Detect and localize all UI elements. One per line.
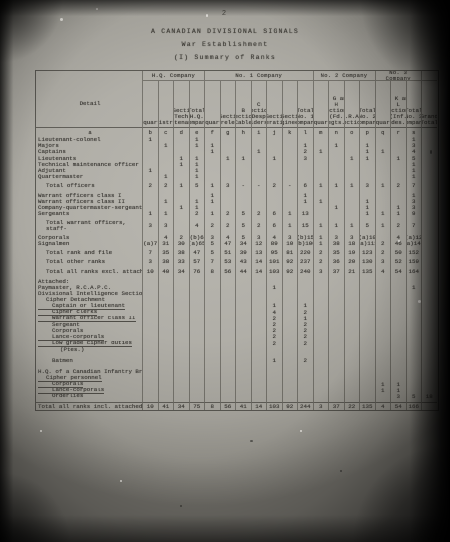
column-header-label: B Section (Cable) (235, 108, 251, 126)
noise-speck (340, 470, 342, 472)
value-cell: 2 (204, 220, 220, 232)
column-header: Total No. 2 Company (359, 81, 375, 127)
column-header: Headquarters (142, 81, 158, 127)
column-header-label: J, K and L Sections (Inf. Bdes.) (390, 96, 406, 126)
column-header-label: M Section (Tech. Maintenance) (173, 108, 189, 126)
column-header-label: A Section (Wireless) (220, 114, 236, 126)
column-letter: l (297, 127, 313, 137)
value-cell: 166 (406, 402, 422, 410)
scanned-document-page: 2 A CANADIAN DIVISIONAL SIGNALS War Esta… (0, 0, 450, 542)
value-cell: 103 (266, 402, 282, 410)
value-cell: 15 (297, 220, 313, 232)
value-cell: 244 (297, 402, 313, 410)
value-cell: 54 (390, 402, 406, 410)
value-cell: 41 (235, 402, 251, 410)
value-cell: 6 (266, 220, 282, 232)
column-header-label: Headquarters (142, 120, 158, 126)
value-cell (421, 402, 437, 410)
value-cell: 41 (158, 402, 174, 410)
detail-header: Detail (36, 81, 142, 127)
noise-speck (120, 480, 122, 482)
column-header: J, K and L Sections (Inf. Bdes.) (390, 81, 406, 127)
column-letter-row: abcdefghijklmnopqrs (36, 127, 438, 137)
value-cell: 22 (344, 402, 360, 410)
column-group-row: H.Q. CompanyNo. 1 CompanyNo. 2 CompanyNo… (36, 71, 438, 81)
column-letter: r (390, 127, 406, 137)
column-header: Headquarters (313, 81, 329, 127)
column-header-label: Total No. 1 Company (297, 108, 313, 126)
column-header-label: Total No. 3 Company (406, 108, 422, 126)
value-cell: 135 (359, 402, 375, 410)
value-cell: 5 (359, 220, 375, 232)
value-cell: 4 (375, 402, 391, 410)
column-header-label: Total No. 2 Company (359, 108, 375, 126)
value-cell: 7 (406, 220, 422, 232)
column-letter: b (142, 127, 158, 137)
value-cell: 56 (220, 402, 236, 410)
column-header-label: Grand Total (421, 114, 437, 126)
value-cell (173, 220, 189, 232)
column-header: C.R.A. Section (344, 81, 360, 127)
column-letter: q (375, 127, 391, 137)
document-subtitle: War Establishment (0, 41, 450, 48)
value-cell: 1 (375, 220, 391, 232)
row-label: Total all ranks incl. attached (38, 404, 142, 410)
column-letter: j (266, 127, 282, 137)
column-letter: c (158, 127, 174, 137)
column-header-label: Headquarters (313, 120, 329, 126)
value-cell (421, 220, 437, 232)
column-header: Total No. 1 Company (297, 81, 313, 127)
column-letter: p (359, 127, 375, 137)
column-group-label: H.Q. Company (142, 71, 204, 81)
value-cell: 2 (220, 220, 236, 232)
column-letter: i (251, 127, 267, 137)
column-header-label: Headquarters (204, 120, 220, 126)
value-cell: 92 (282, 402, 298, 410)
column-letter: s (406, 127, 422, 137)
column-header-label: Total H.Q. Company (189, 108, 205, 126)
column-group-label: No. 2 Company (313, 71, 375, 81)
column-letter: f (204, 127, 220, 137)
column-header: F, G and H Sections (Fd. Regts.) (328, 81, 344, 127)
noise-speck (300, 430, 302, 432)
section-heading: (I) Summary of Ranks (0, 54, 450, 61)
row-label-cell: Total warrant officers, staff- sergeants… (36, 220, 142, 232)
table-row: Total warrant officers, staff- sergeants… (36, 220, 438, 232)
column-header: Headquarters (204, 81, 220, 127)
column-letter: h (235, 127, 251, 137)
column-letter: o (344, 127, 360, 137)
column-group-label: No. 1 Company (204, 71, 313, 81)
noise-speck (180, 505, 182, 507)
row-label: Total warrant officers, staff- sergeants… (38, 220, 142, 232)
table-row: Total all ranks incl. attached1041347585… (36, 402, 438, 410)
row-label-cell: Total all ranks incl. attached (36, 402, 142, 410)
column-letter: k (282, 127, 298, 137)
value-cell: 2 (390, 220, 406, 232)
column-letter: d (173, 127, 189, 137)
value-cell: 5 (235, 220, 251, 232)
column-header-label: D Section (Operating) (266, 114, 282, 126)
document-title: A CANADIAN DIVISIONAL SIGNALS (0, 28, 450, 35)
column-header: Headquarters (375, 81, 391, 127)
value-cell: 1 (313, 220, 329, 232)
value-cell: 3 (142, 220, 158, 232)
noise-speck (40, 430, 42, 432)
column-header-label: Headquarters (375, 120, 391, 126)
column-letter: e (189, 127, 205, 137)
value-cell: 3 (313, 402, 329, 410)
column-letter: n (328, 127, 344, 137)
summary-of-ranks-table: H.Q. CompanyNo. 1 CompanyNo. 2 CompanyNo… (35, 70, 439, 411)
column-header: Total No. 3 Company (406, 81, 422, 127)
noise-speck (60, 18, 63, 21)
value-cell: 10 (142, 402, 158, 410)
column-group-label: No. 3 Company (375, 71, 422, 81)
column-header: C Section (Desp. Riders) (251, 81, 267, 127)
column-header: Grand Total (421, 81, 437, 127)
column-header: M Section (Tech. Maintenance) (173, 81, 189, 127)
column-header-label: C Section (Desp. Riders) (251, 102, 267, 126)
column-letter: g (220, 127, 236, 137)
column-header: E Section (Engineers) (282, 81, 298, 127)
column-letter (421, 127, 437, 137)
column-header-row: DetailHeadquartersAdministrativeM Sectio… (36, 81, 438, 127)
column-header: D Section (Operating) (266, 81, 282, 127)
value-cell: 37 (328, 402, 344, 410)
value-cell: 8 (204, 402, 220, 410)
value-cell: 1 (328, 220, 344, 232)
value-cell: 34 (173, 402, 189, 410)
column-header: B Section (Cable) (235, 81, 251, 127)
column-header-label: Administrative (158, 120, 174, 126)
value-cell: 1 (282, 220, 298, 232)
column-header: Administrative (158, 81, 174, 127)
column-header: A Section (Wireless) (220, 81, 236, 127)
column-group-label (421, 71, 437, 81)
value-cell: 2 (251, 220, 267, 232)
column-header: Total H.Q. Company (189, 81, 205, 127)
detail-letter: a (36, 127, 142, 137)
value-cell: 3 (158, 220, 174, 232)
value-cell: 4 (189, 220, 205, 232)
value-cell: 14 (251, 402, 267, 410)
column-letter: m (313, 127, 329, 137)
value-cell: 1 (344, 220, 360, 232)
noise-speck (250, 440, 253, 442)
detail-header-label: Detail (80, 101, 101, 107)
detail-group-cell (36, 71, 142, 81)
column-header-label: F, G and H Sections (Fd. Regts.) (328, 96, 344, 126)
column-header-label: E Section (Engineers) (282, 114, 298, 126)
page-number: 2 (0, 10, 450, 18)
column-header-label: C.R.A. Section (344, 114, 360, 126)
value-cell: 75 (189, 402, 205, 410)
